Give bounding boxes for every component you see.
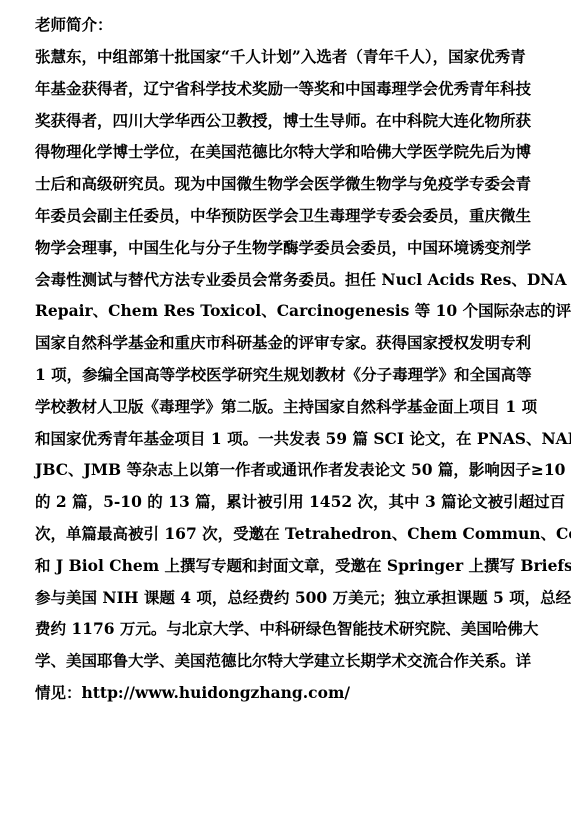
- paragraph-line: 会毒性测试与替代方法专业委员会常务委员。担任 Nucl Acids Res、DN…: [35, 264, 525, 296]
- paragraph-line: Repair、Chem Res Toxicol、Carcinogenesis 等…: [35, 295, 525, 327]
- paragraph-line: 奖获得者，四川大学华西公卫教授，博士生导师。在中科院大连化物所获: [35, 105, 525, 137]
- paragraph-line: 1 项，参编全国高等学校医学研究生规划教材《分子毒理学》和全国高等: [35, 359, 525, 391]
- paragraph-line: 和国家优秀青年基金项目 1 项。一共发表 59 篇 SCI 论文，在 PNAS、…: [35, 423, 525, 455]
- paragraph-line: 参与美国 NIH 课题 4 项，总经费约 500 万美元；独立承担课题 5 项，…: [35, 582, 525, 614]
- paragraph-line: 年基金获得者，辽宁省科学技术奖励一等奖和中国毒理学会优秀青年科技: [35, 73, 525, 105]
- paragraph-line: 士后和高级研究员。现为中国微生物学会医学微生物学与免疫学专委会青: [35, 168, 525, 200]
- paragraph-line: 和 J Biol Chem 上撰写专题和封面文章，受邀在 Springer 上撰…: [35, 550, 525, 582]
- paragraph-line: 学校教材人卫版《毒理学》第二版。主持国家自然科学基金面上项目 1 项: [35, 391, 525, 423]
- paragraph-line: 学、美国耶鲁大学、美国范德比尔特大学建立长期学术交流合作关系。详: [35, 645, 525, 677]
- paragraph-line: 年委员会副主任委员，中华预防医学会卫生毒理学专委会委员，重庆微生: [35, 200, 525, 232]
- paragraph-line: 得物理化学博士学位，在美国范德比尔特大学和哈佛大学医学院先后为博: [35, 136, 525, 168]
- document-body: 老师简介： 张慧东，中组部第十批国家“千人计划”入选者（青年千人），国家优秀青 …: [35, 9, 525, 709]
- paragraph-line: 情见：http://www.huidongzhang.com/: [35, 677, 525, 709]
- paragraph-line: 费约 1176 万元。与北京大学、中科研绿色智能技术研究院、美国哈佛大: [35, 613, 525, 645]
- paragraph-line: 国家自然科学基金和重庆市科研基金的评审专家。获得国家授权发明专利: [35, 327, 525, 359]
- paragraph-line: 次，单篇最高被引 167 次，受邀在 Tetrahedron、Chem Comm…: [35, 518, 525, 550]
- section-title: 老师简介：: [35, 9, 525, 41]
- paragraph-line: 物学会理事，中国生化与分子生物学酶学委员会委员，中国环境诱变剂学: [35, 232, 525, 264]
- paragraph-line: 张慧东，中组部第十批国家“千人计划”入选者（青年千人），国家优秀青: [35, 41, 525, 73]
- paragraph-line: JBC、JMB 等杂志上以第一作者或通讯作者发表论文 50 篇，影响因子≥10: [35, 454, 525, 486]
- paragraph-line: 的 2 篇，5-10 的 13 篇，累计被引用 1452 次，其中 3 篇论文被…: [35, 486, 525, 518]
